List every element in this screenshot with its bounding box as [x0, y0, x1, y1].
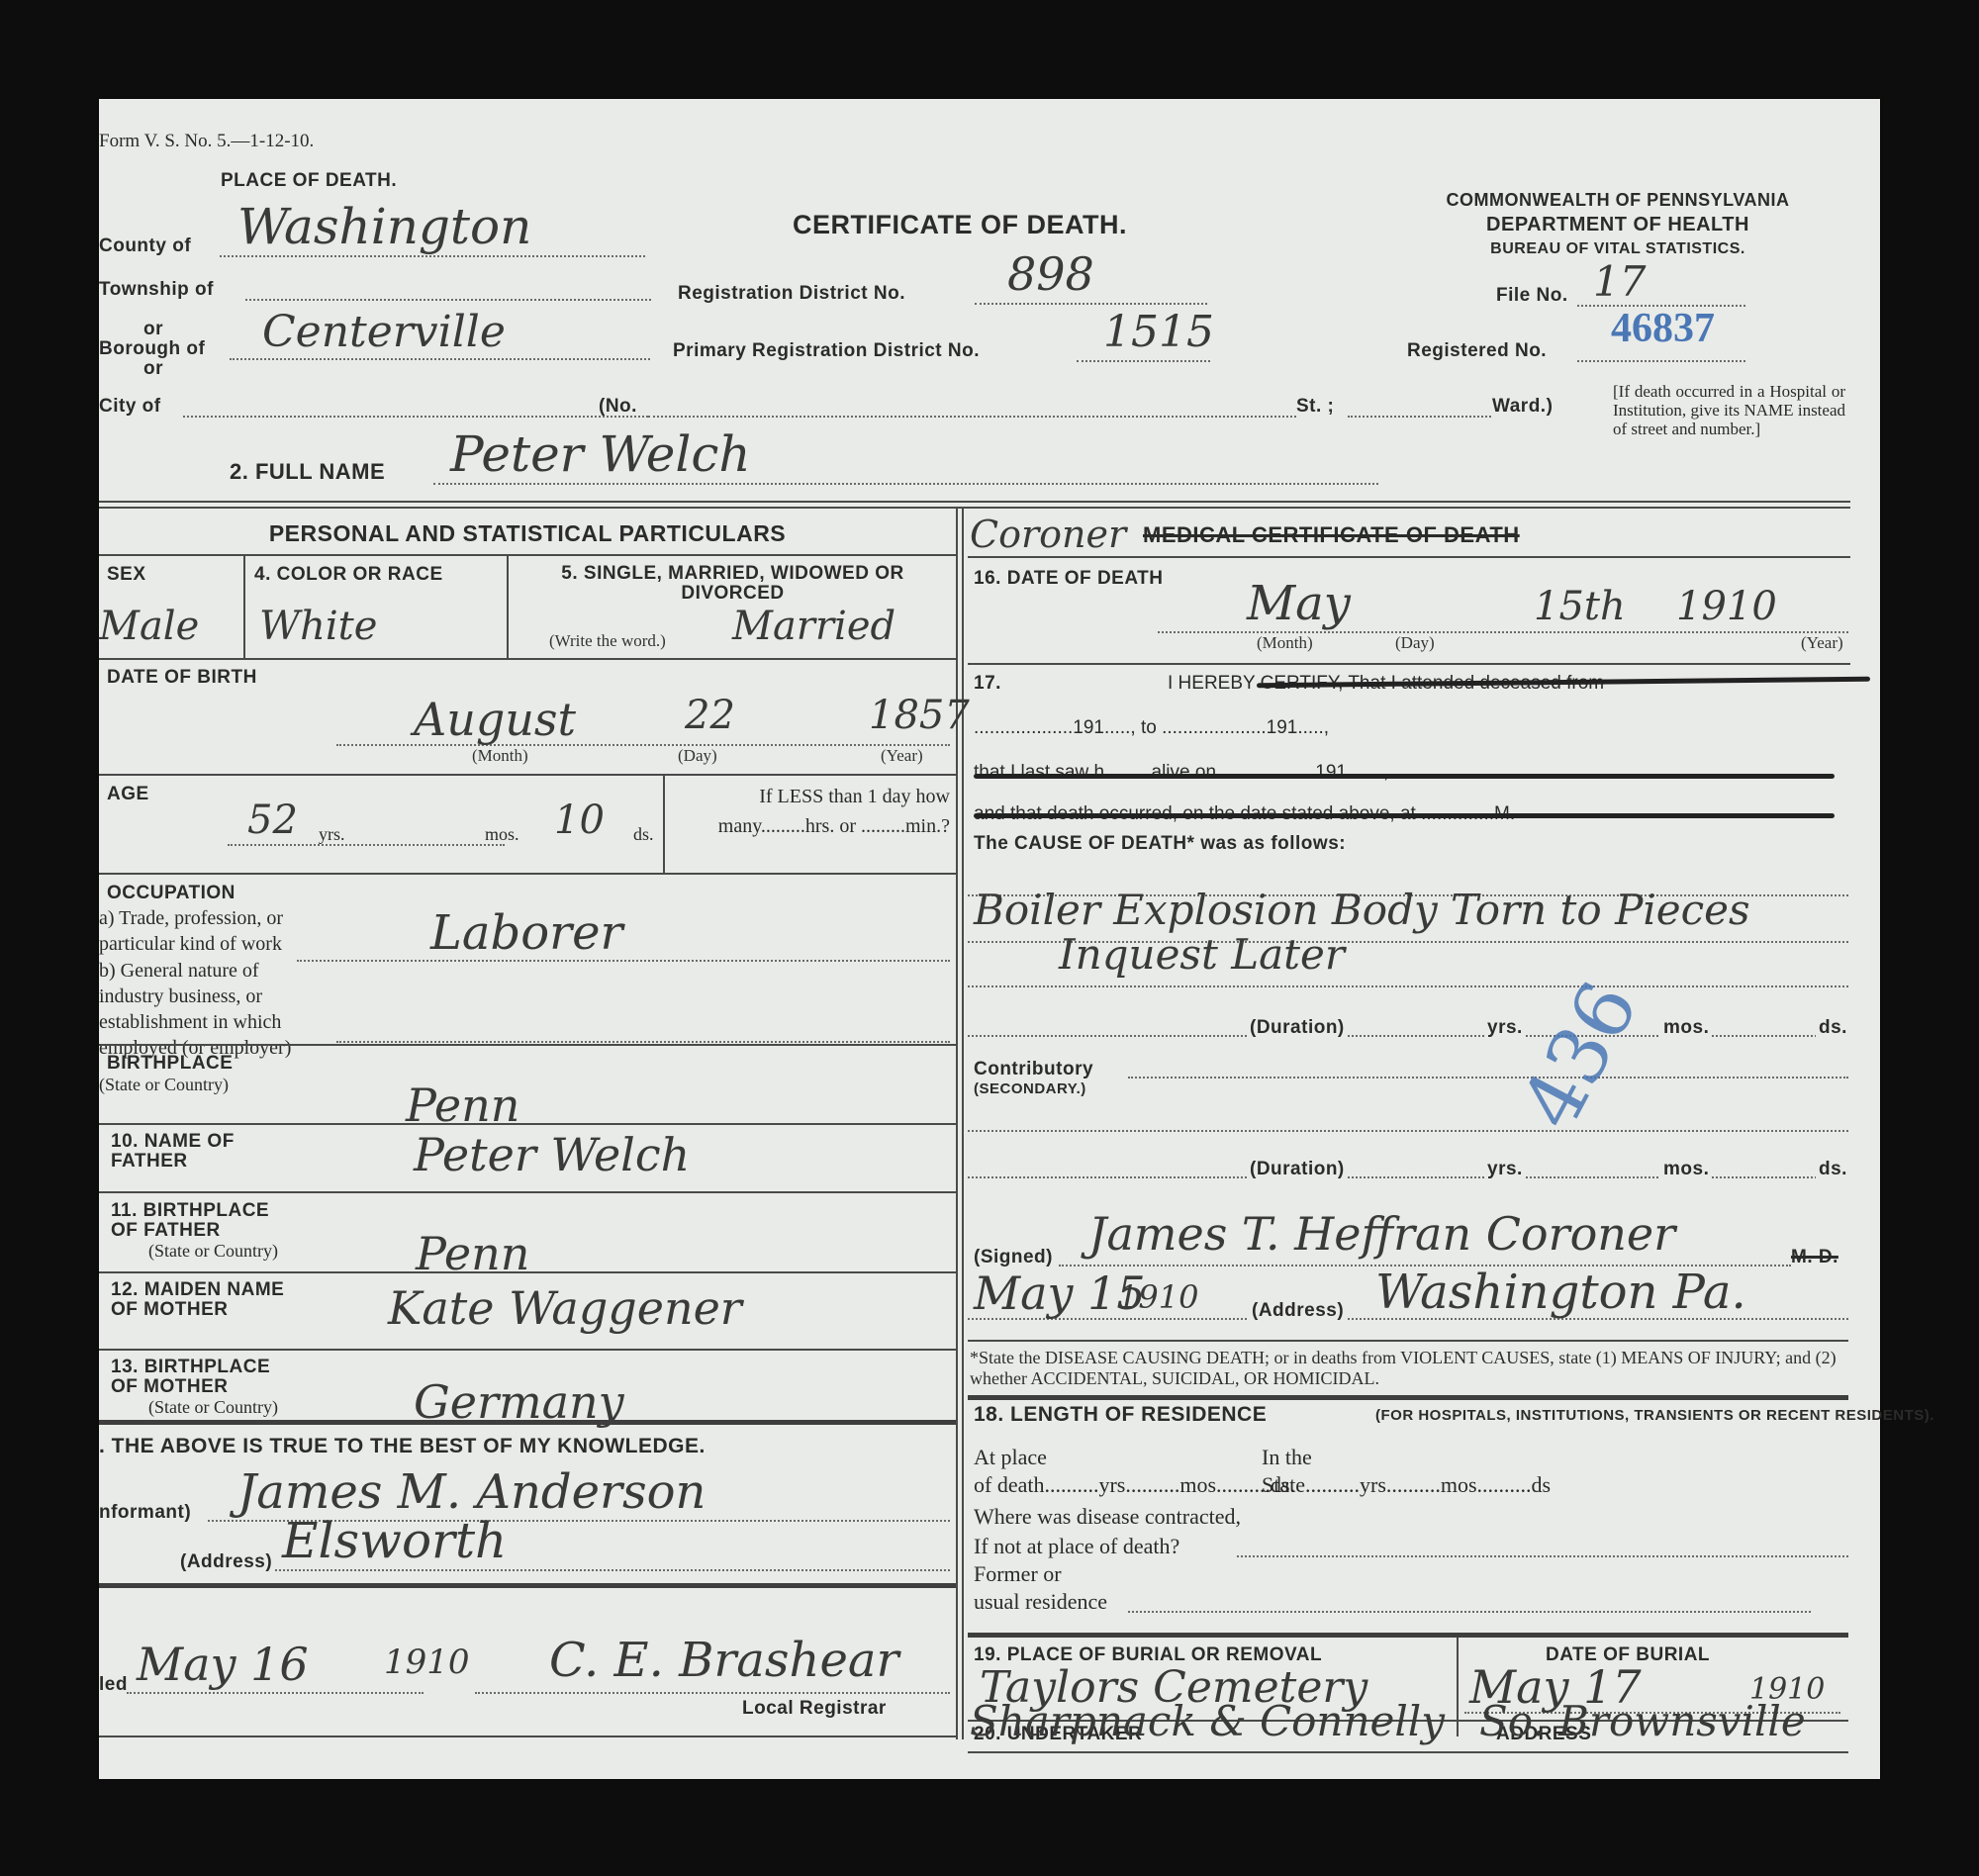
primary-district-label: Primary Registration District No. — [673, 340, 980, 362]
street-number-label: (No. — [599, 396, 637, 418]
sex-value: Male — [99, 604, 199, 649]
registered-number-label: Registered No. — [1407, 340, 1547, 362]
registered-number-stamp: 46837 — [1611, 305, 1715, 352]
filed-label: led — [99, 1674, 128, 1696]
occupation-a-line — [297, 952, 950, 962]
filed-year-value: 1910 — [384, 1642, 470, 1682]
residence-state: State..........yrs..........mos.........… — [1262, 1472, 1551, 1498]
mother-maiden-name-label: 12. MAIDEN NAME OF MOTHER — [111, 1280, 309, 1320]
father-name-label: 10. NAME OF FATHER — [111, 1132, 259, 1172]
undertaker-address-value: So. Brownsville — [1479, 1697, 1806, 1745]
borough-value: Centerville — [262, 307, 506, 357]
date-of-death-label: 16. DATE OF DEATH — [974, 568, 1163, 590]
item-17-line-2: ...................191....., to ........… — [974, 717, 1329, 739]
md-label: M. D. — [1791, 1247, 1838, 1268]
father-birthplace-hint: (State or Country) — [148, 1241, 278, 1262]
or-label-2: or — [143, 358, 163, 380]
dob-year: 1857 — [869, 693, 970, 738]
residence-at-place: At place — [974, 1445, 1047, 1470]
cause-line-2: Inquest Later — [1059, 930, 1345, 979]
signed-value: James T. Heffran Coroner — [1088, 1207, 1675, 1261]
occupation-label: OCCUPATION — [107, 883, 236, 904]
age-days: 10 — [554, 797, 605, 843]
occupation-a: a) Trade, profession, or particular kind… — [99, 905, 317, 957]
issuer-commonwealth: COMMONWEALTH OF PENNSYLVANIA — [1395, 190, 1840, 211]
primary-district-value: 1515 — [1103, 307, 1214, 357]
signed-year: 1910 — [1118, 1278, 1198, 1316]
birthplace-label: BIRTHPLACE — [107, 1053, 233, 1075]
residence-label: 18. LENGTH OF RESIDENCE — [974, 1403, 1267, 1427]
city-line — [183, 406, 648, 418]
marital-value: Married — [732, 604, 895, 649]
contributory-line — [1128, 1071, 1848, 1079]
duration-label-2: (Duration) — [1247, 1159, 1348, 1180]
dod-day-caption: (Day) — [1395, 633, 1435, 653]
cause-of-death-label: The CAUSE OF DEATH* was as follows: — [974, 833, 1346, 855]
registration-district-label: Registration District No. — [678, 283, 905, 305]
cause-footnote: *State the DISEASE CAUSING DEATH; or in … — [970, 1348, 1848, 1389]
duration-mos-2: mos. — [1660, 1159, 1712, 1180]
registrar-signature: C. E. Brashear — [549, 1633, 898, 1688]
occupation-value: Laborer — [430, 905, 622, 961]
race-value: White — [259, 604, 377, 649]
item-17-number: 17. — [974, 673, 1001, 695]
place-of-death-heading: PLACE OF DEATH. — [221, 170, 397, 192]
duration-line-2 — [968, 1171, 1848, 1178]
file-number-value: 17 — [1593, 257, 1646, 306]
residence-former: Former or — [974, 1561, 1062, 1587]
strike-through-mark — [974, 813, 1835, 818]
item-17-line-3: that I last saw h.........alive on .....… — [974, 762, 1388, 784]
father-name-value: Peter Welch — [414, 1128, 690, 1181]
residence-if-not: If not at place of death? — [974, 1534, 1179, 1559]
certificate-title: CERTIFICATE OF DEATH. — [732, 210, 1187, 240]
signed-address-label: (Address) — [1249, 1300, 1347, 1322]
less-than-day-note: If LESS than 1 day how many.........hrs.… — [673, 782, 950, 841]
date-of-death-day: 15th — [1534, 584, 1626, 629]
age-days-unit: ds. — [633, 824, 654, 845]
filed-date-value: May 16 — [137, 1638, 309, 1691]
dob-day: 22 — [685, 693, 735, 738]
dod-year-caption: (Year) — [1801, 633, 1843, 653]
full-name-value: Peter Welch — [450, 425, 751, 483]
undertaker-value: Sharpnack & Connelly — [970, 1697, 1445, 1745]
blue-pencil-number: 436 — [1503, 967, 1655, 1143]
contributory-line-2 — [968, 1124, 1848, 1132]
medical-certificate-heading: MEDICAL CERTIFICATE OF DEATH — [1143, 522, 1520, 548]
residence-of-death: of death..........yrs..........mos......… — [974, 1472, 1295, 1498]
age-years-unit: yrs. — [319, 824, 345, 845]
form-number: Form V. S. No. 5.—1-12-10. — [99, 131, 314, 152]
duration-yrs-2: yrs. — [1484, 1159, 1526, 1180]
dob-month-caption: (Month) — [472, 746, 528, 766]
issuer-department: DEPARTMENT OF HEALTH — [1395, 214, 1840, 236]
county-value: Washington — [237, 198, 531, 255]
residence-where-contracted: Where was disease contracted, — [974, 1504, 1241, 1530]
ward-label: Ward.) — [1492, 396, 1553, 418]
registrar-caption: Local Registrar — [742, 1698, 887, 1720]
duration-mos: mos. — [1660, 1017, 1712, 1039]
duration-ds: ds. — [1816, 1017, 1850, 1039]
age-months-unit: mos. — [485, 824, 519, 845]
father-birthplace-label: 11. BIRTHPLACE OF FATHER — [111, 1201, 289, 1241]
registration-district-value: 898 — [1007, 247, 1094, 301]
age-label: AGE — [107, 784, 149, 805]
duration-label: (Duration) — [1247, 1017, 1348, 1039]
ward-line — [1348, 406, 1491, 418]
residence-contracted-line — [1237, 1549, 1848, 1557]
personal-particulars-heading: PERSONAL AND STATISTICAL PARTICULARS — [99, 520, 956, 547]
street-label: St. ; — [1296, 396, 1334, 418]
dob-day-caption: (Day) — [678, 746, 717, 766]
hospital-note: [If death occurred in a Hospital or Inst… — [1613, 382, 1845, 438]
cause-line-1: Boiler Explosion Body Torn to Pieces — [974, 886, 1750, 934]
duration-line — [968, 1029, 1848, 1037]
city-label: City of — [99, 396, 161, 418]
duration-ds-2: ds. — [1816, 1159, 1850, 1180]
marital-hint: (Write the word.) — [549, 631, 666, 651]
file-number-label: File No. — [1496, 285, 1568, 307]
secondary-label: (SECONDARY.) — [974, 1080, 1086, 1097]
strike-through-mark — [974, 774, 1835, 779]
birthplace-hint: (State or Country) — [99, 1075, 229, 1095]
residence-in-the: In the — [1262, 1445, 1312, 1470]
mother-birthplace-label: 13. BIRTHPLACE OF MOTHER — [111, 1358, 289, 1397]
residence-usual: usual residence — [974, 1589, 1107, 1615]
race-label: 4. COLOR OR RACE — [254, 564, 443, 586]
borough-label: Borough of — [99, 338, 205, 360]
residence-note: (FOR HOSPITALS, INSTITUTIONS, TRANSIENTS… — [1375, 1407, 1934, 1424]
date-of-death-month: May — [1247, 576, 1351, 631]
sex-label: SEX — [107, 564, 146, 586]
dob-label: DATE OF BIRTH — [107, 667, 257, 689]
duration-yrs: yrs. — [1484, 1017, 1526, 1039]
dob-year-caption: (Year) — [881, 746, 923, 766]
dod-month-caption: (Month) — [1257, 633, 1313, 653]
cause-line — [968, 980, 1848, 987]
issuer-bureau: BUREAU OF VITAL STATISTICS. — [1395, 240, 1840, 258]
attestation: . THE ABOVE IS TRUE TO THE BEST OF MY KN… — [99, 1435, 706, 1458]
dob-month: August — [414, 693, 576, 746]
township-label: Township of — [99, 279, 214, 301]
informant-address-label: (Address) — [180, 1551, 272, 1573]
or-label: or — [143, 319, 163, 340]
mother-birthplace-hint: (State or Country) — [148, 1397, 278, 1418]
coroner-handwritten: Coroner — [970, 513, 1126, 556]
date-of-death-year: 1910 — [1676, 584, 1777, 629]
county-label: County of — [99, 235, 191, 257]
full-name-label: 2. FULL NAME — [230, 459, 385, 485]
death-certificate: Form V. S. No. 5.—1-12-10. PLACE OF DEAT… — [99, 99, 1880, 1779]
marital-label: 5. SINGLE, MARRIED, WIDOWED OR DIVORCED — [513, 564, 953, 604]
occupation-b-line — [336, 1033, 950, 1043]
signed-label: (Signed) — [974, 1247, 1053, 1268]
street-line — [648, 406, 1296, 418]
township-line — [245, 289, 651, 301]
signed-address-value: Washington Pa. — [1375, 1265, 1746, 1320]
residence-usual-line — [1128, 1605, 1811, 1613]
age-years: 52 — [247, 797, 298, 843]
informant-address-value: Elsworth — [282, 1512, 507, 1569]
mother-maiden-name-value: Kate Waggener — [388, 1281, 742, 1335]
informant-label: nformant) — [99, 1502, 191, 1524]
contributory-label: Contributory — [974, 1059, 1093, 1080]
